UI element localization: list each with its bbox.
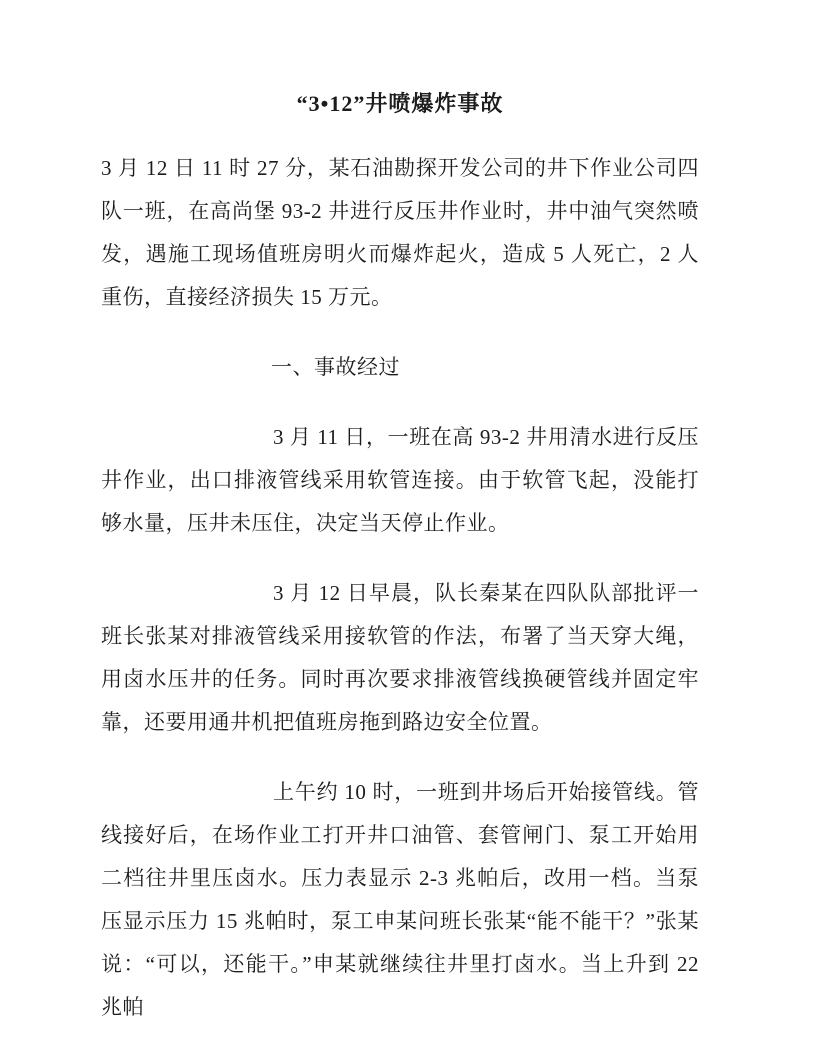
paragraph-march-12-operations: 上午约 10 时，一班到井场后开始接管线。管线接好后，在场作业工打开井口油管、套… xyxy=(101,771,699,1029)
document-page: “3•12”井喷爆炸事故 3 月 12 日 11 时 27 分，某石油勘探开发公… xyxy=(0,0,816,1056)
paragraph-march-11: 3 月 11 日，一班在高 93-2 井用清水进行反压井作业，出口排液管线采用软… xyxy=(101,416,699,545)
section-heading-accident-course: 一、事故经过 xyxy=(271,346,699,389)
document-title: “3•12”井喷爆炸事故 xyxy=(101,82,699,125)
paragraph-march-12-morning: 3 月 12 日早晨，队长秦某在四队队部批评一班长张某对排液管线采用接软管的作法… xyxy=(101,572,699,744)
intro-paragraph: 3 月 12 日 11 时 27 分，某石油勘探开发公司的井下作业公司四队一班，… xyxy=(101,147,699,319)
